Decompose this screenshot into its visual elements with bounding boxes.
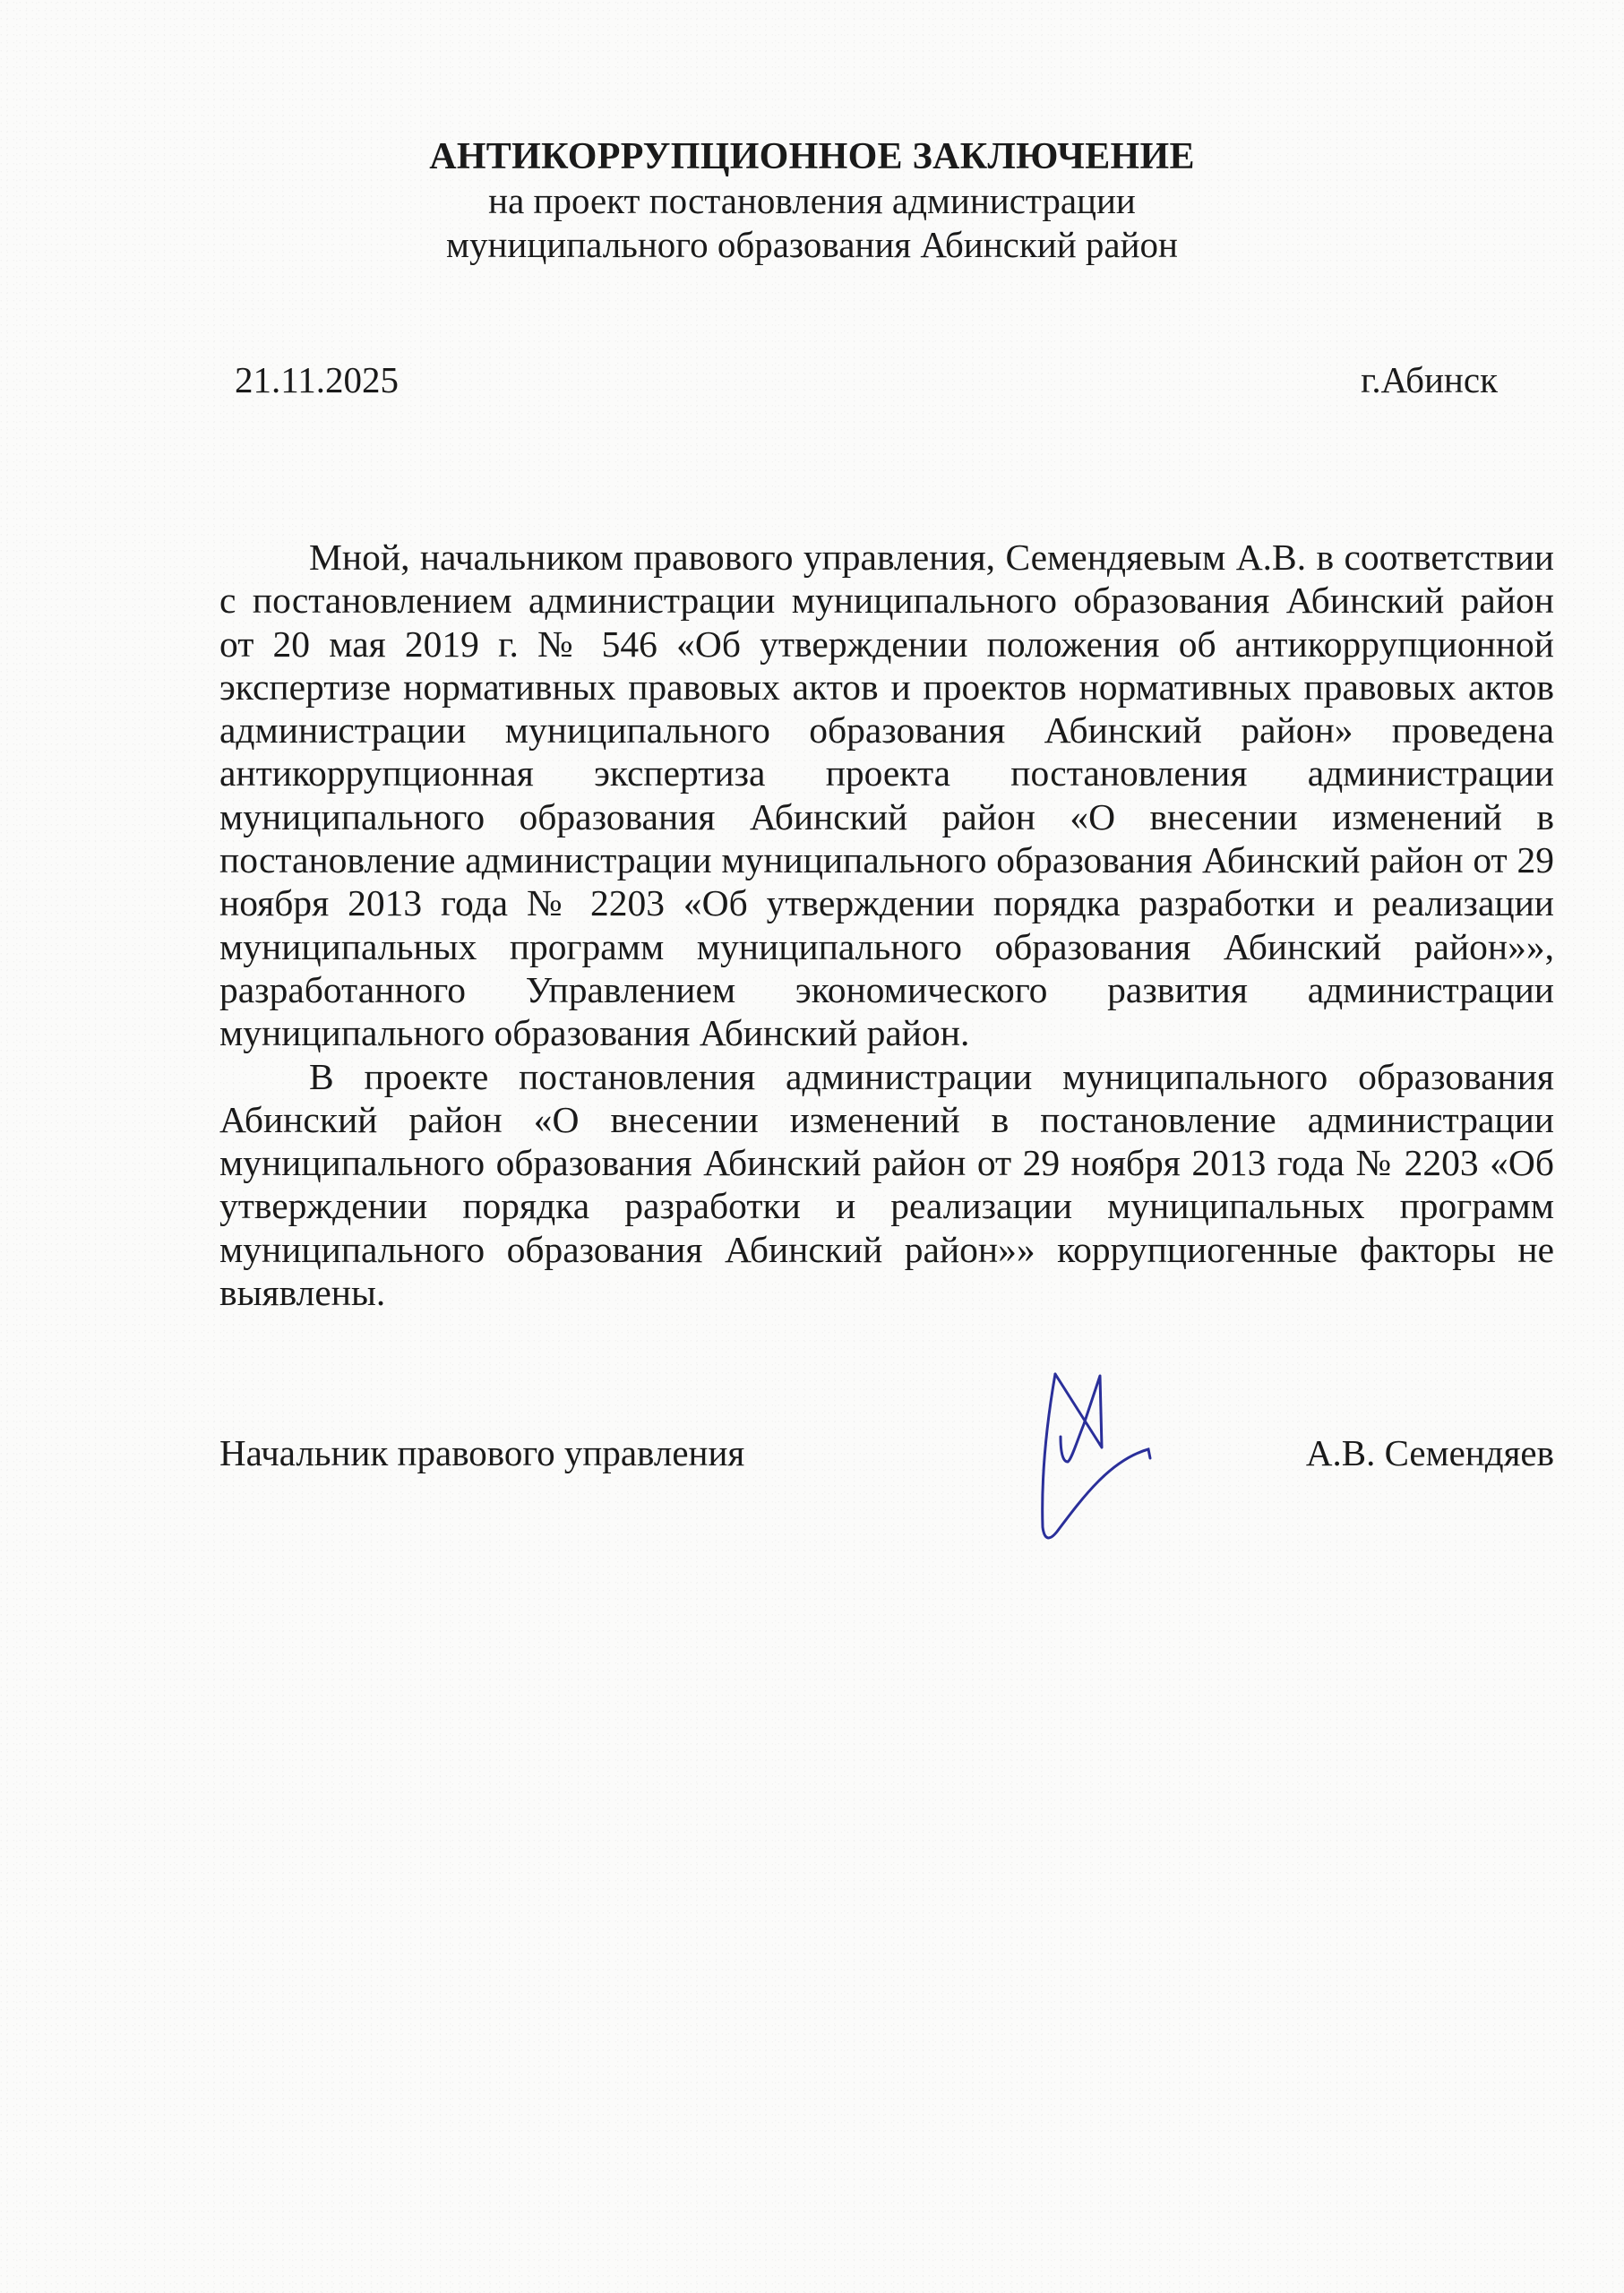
- document-title: АНТИКОРРУПЦИОННОЕ ЗАКЛЮЧЕНИЕ: [0, 134, 1624, 179]
- paragraph-1: Мной, начальником правового управления, …: [219, 536, 1554, 1055]
- handwritten-signature-icon: [1021, 1361, 1164, 1550]
- signer-name: А.В. Семендяев: [1306, 1431, 1554, 1474]
- document-date: 21.11.2025: [235, 358, 399, 401]
- header-block: АНТИКОРРУПЦИОННОЕ ЗАКЛЮЧЕНИЕ на проект п…: [0, 134, 1624, 267]
- document-body: Мной, начальником правового управления, …: [219, 536, 1554, 1314]
- document-subtitle-line-1: на проект постановления администрации: [0, 179, 1624, 223]
- document-city: г.Абинск: [1361, 358, 1498, 401]
- date-place-row: 21.11.2025 г.Абинск: [235, 358, 1498, 401]
- paragraph-2: В проекте постановления администрации му…: [219, 1055, 1554, 1315]
- signer-position: Начальник правового управления: [219, 1431, 744, 1474]
- document-page: АНТИКОРРУПЦИОННОЕ ЗАКЛЮЧЕНИЕ на проект п…: [0, 0, 1624, 2293]
- document-subtitle-line-2: муниципального образования Абинский райо…: [0, 223, 1624, 267]
